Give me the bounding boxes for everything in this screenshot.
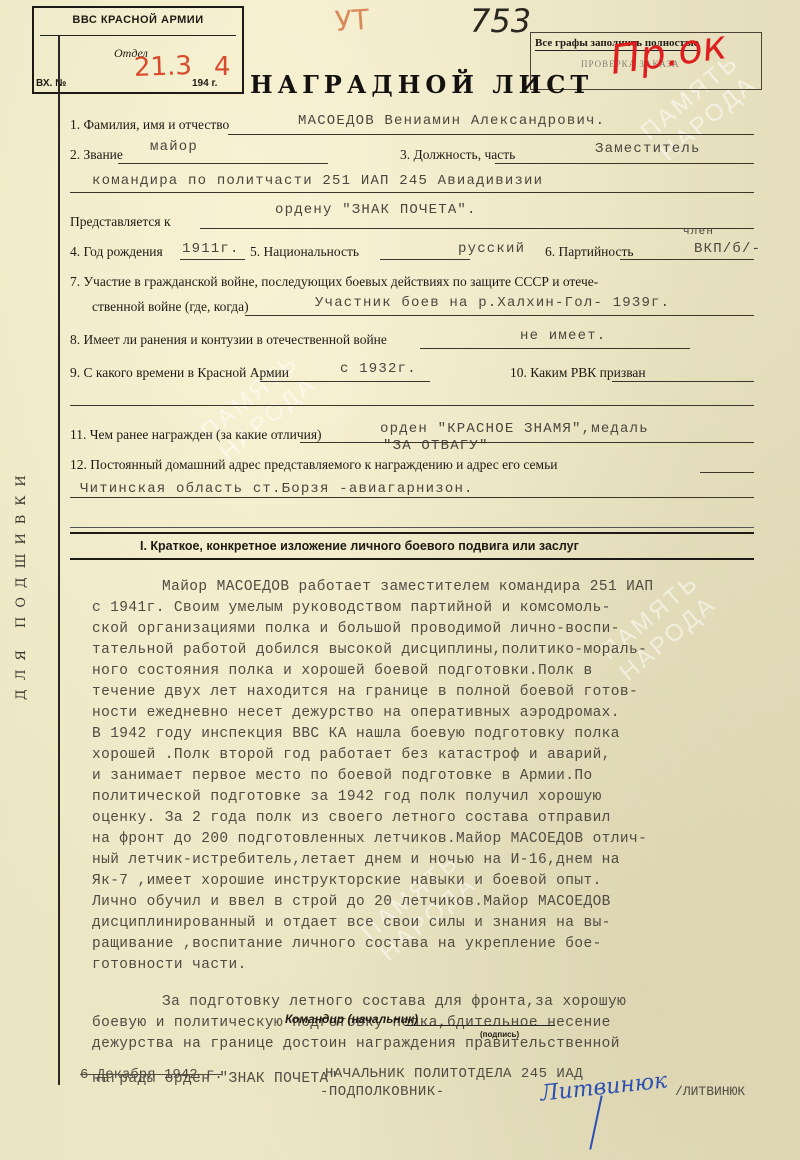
underline	[70, 192, 754, 193]
underline	[420, 348, 690, 349]
position-label: 3. Должность, часть	[400, 148, 515, 162]
conclusion-line: дежурства на границе достоин награждения…	[92, 1034, 772, 1055]
signature-line	[405, 1025, 555, 1026]
underline	[620, 259, 754, 260]
underline	[228, 134, 754, 135]
field-rank: 2. Звание майор 3. Должность, часть Заме…	[70, 148, 754, 162]
field-service-start: 9. С какого времени в Красной Армии с 19…	[70, 366, 754, 380]
signer-name: /ЛИТВИНЮК	[675, 1084, 745, 1099]
signer-position: НАЧАЛЬНИК ПОЛИТОТДЕЛА 245 ИАД	[325, 1066, 583, 1082]
position-continued: командира по политчасти 251 ИАП 245 Авиа…	[92, 173, 754, 188]
narrative-line: течение двух лет находится на границе в …	[92, 682, 772, 703]
stamp-year-handwritten: 4	[214, 52, 231, 82]
stamp-header: ВВС КРАСНОЙ АРМИИ	[34, 14, 242, 26]
divider	[70, 527, 754, 528]
narrative-line: ный летчик-истребитель,летает днем и ноч…	[92, 850, 772, 871]
archive-number: 753	[470, 2, 531, 40]
field-war-participation: 7. Участие в гражданской войне, последую…	[70, 275, 754, 289]
narrative-line: с 1941г. Своим умелым руководством парти…	[92, 598, 772, 619]
signature-label: (подпись)	[480, 1030, 519, 1039]
underline	[118, 163, 328, 164]
narrative-line: на фронт до 200 подготовленных летчиков.…	[92, 829, 772, 850]
home-address-value-row: Читинская область ст.Борзя -авиагарнизон…	[80, 481, 754, 496]
war-participation-value: Участник боев на р.Халхин-Гол- 1939г.	[315, 296, 670, 310]
home-address-value: Читинская область ст.Борзя -авиагарнизон…	[80, 481, 474, 497]
commander-label: Командир (начальник)	[285, 1012, 418, 1026]
narrative-line: оценку. За 2 года полк из своего летного…	[92, 808, 772, 829]
wounds-value: не имеет.	[520, 329, 606, 343]
birth-year-value: 1911г.	[182, 242, 240, 256]
narrative-line: ращивание ,воспитание личного состава на…	[92, 934, 772, 955]
underline	[200, 228, 754, 229]
field-full-name: 1. Фамилия, имя и отчество МАСОЕДОВ Вени…	[70, 118, 754, 132]
narrative-line: Лично обучил и ввел в строй до 20 летчик…	[92, 892, 772, 913]
field-wounds: 8. Имеет ли ранения и контузии в отечест…	[70, 333, 754, 347]
incoming-stamp: ВВС КРАСНОЙ АРМИИ Отдел ВХ. № 194 г. 21.…	[32, 6, 244, 94]
narrative-line: политической подготовке за 1942 год полк…	[92, 787, 772, 808]
merit-narrative: Майор МАСОЕДОВ работает заместителем ком…	[92, 577, 772, 1090]
field-award: Представляется к ордену "ЗНАК ПОЧЕТА".	[70, 215, 754, 229]
service-start-value: с 1932г.	[340, 362, 417, 376]
nationality-value: русский	[458, 242, 525, 256]
rank-value: майор	[150, 140, 198, 154]
narrative-line: дисциплинированный и отдает все свои сил…	[92, 913, 772, 934]
narrative-line: готовности части.	[92, 955, 772, 976]
underline	[260, 381, 430, 382]
position-value: Заместитель	[595, 142, 701, 156]
handwritten-mark: УТ	[334, 3, 370, 38]
previous-awards-value: орден "КРАСНОЕ ЗНАМЯ",медаль	[380, 422, 649, 436]
stamp-number-handwritten: 21.3	[133, 51, 192, 83]
underline	[380, 259, 470, 260]
party-value: ВКП/б/-	[694, 242, 761, 256]
narrative-line: тательной работой добился высокой дисцип…	[92, 640, 772, 661]
narrative-line: ности ежедневно несет дежурство на опера…	[92, 703, 772, 724]
underline	[700, 472, 754, 473]
section-title: I. Краткое, конкретное изложение личного…	[140, 539, 579, 553]
underline	[612, 381, 754, 382]
conclusion-line: За подготовку летного состава для фронта…	[92, 992, 772, 1013]
narrative-line: Як-7 ,имеет хорошие инструкторские навык…	[92, 871, 772, 892]
signature-stroke	[589, 1095, 602, 1149]
narrative-line: В 1942 году инспекция ВВС КА нашла боеву…	[92, 724, 772, 745]
underline	[70, 497, 754, 498]
narrative-line: хорошей .Полк второй год работает без ка…	[92, 745, 772, 766]
document-title: НАГРАДНОЙ ЛИСТ	[250, 70, 593, 99]
party-member-note: член	[683, 226, 714, 238]
narrative-line: ской организациями полка и большой прово…	[92, 619, 772, 640]
signer-rank: -ПОДПОЛКОВНИК-	[320, 1084, 445, 1100]
narrative-line: ного состояния полка и хорошей боевой по…	[92, 661, 772, 682]
underline	[70, 405, 754, 406]
field-war-participation-cont: ственной войне (где, когда) Участник бое…	[70, 300, 754, 314]
conclusion-line: боевую и политическую подготовку полка,б…	[92, 1013, 772, 1034]
binding-margin-label: ДЛЯ ПОДШИВКИ	[14, 420, 34, 700]
full-name-value: МАСОЕДОВ Вениамин Александрович.	[298, 114, 605, 128]
award-value: ордену "ЗНАК ПОЧЕТА".	[275, 203, 477, 217]
previous-awards-cont: "ЗА ОТВАГУ"	[383, 438, 489, 454]
section-header-bar: I. Краткое, конкретное изложение личного…	[70, 532, 754, 560]
narrative-line: и занимает первое место по боевой подгот…	[92, 766, 772, 787]
underline	[300, 442, 754, 443]
margin-rule	[58, 35, 60, 1085]
field-birth-nationality-party: 4. Год рождения 1911г. 5. Национальность…	[70, 245, 754, 259]
underline	[180, 259, 245, 260]
document-date: 6 Декабря 1942 г.	[80, 1067, 223, 1083]
stamp-divider	[40, 35, 236, 36]
underline	[495, 163, 754, 164]
field-home-address: 12. Постоянный домашний адрес представля…	[70, 458, 754, 472]
narrative-line: Майор МАСОЕДОВ работает заместителем ком…	[92, 577, 772, 598]
stamp-incoming-label: ВХ. №	[36, 78, 66, 89]
underline	[245, 315, 754, 316]
